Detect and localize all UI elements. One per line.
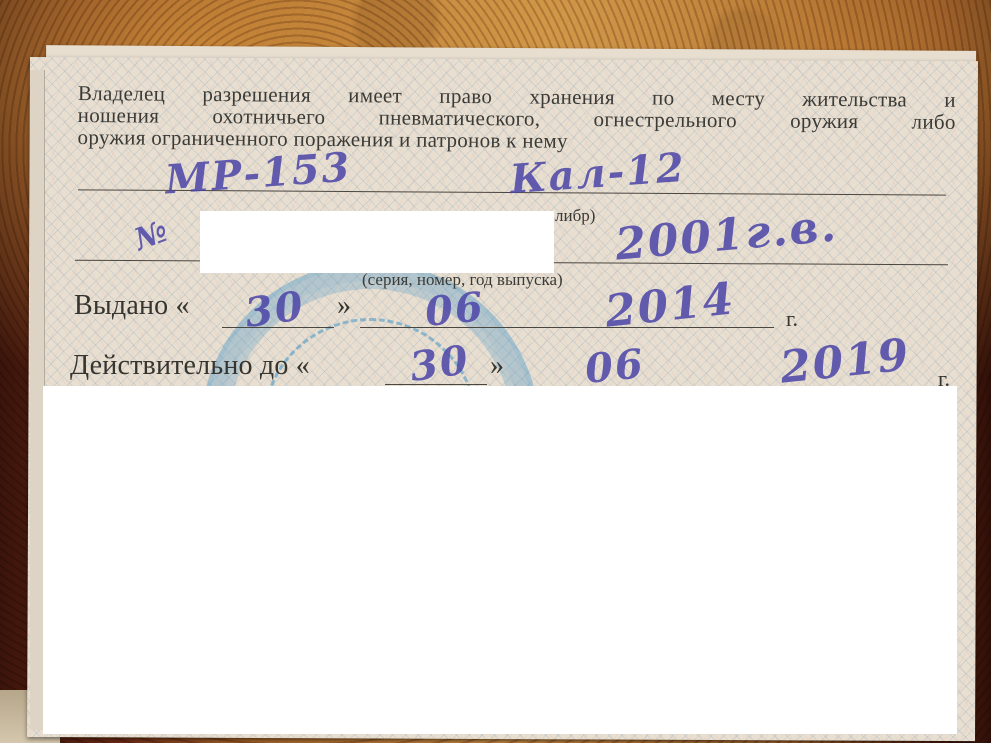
issued-year-suffix: г. — [786, 306, 798, 332]
issued-quote-close: » — [337, 290, 351, 322]
redaction-serial-number — [200, 211, 554, 273]
issued-month-year-line — [360, 327, 774, 328]
redaction-lower-section — [43, 386, 957, 734]
issued-label: Выдано « — [74, 290, 190, 322]
handwritten-issued-day: 30 — [242, 282, 308, 337]
handwritten-valid-day: 30 — [407, 336, 473, 391]
printed-paragraph: Владелец разрешения имеет право хранения… — [77, 82, 955, 155]
valid-quote-close: » — [490, 350, 504, 382]
handwritten-issued-month: 06 — [423, 283, 487, 336]
caption-model-caliber: либр) — [555, 206, 595, 226]
valid-until-label: Действительно до « — [70, 350, 310, 382]
